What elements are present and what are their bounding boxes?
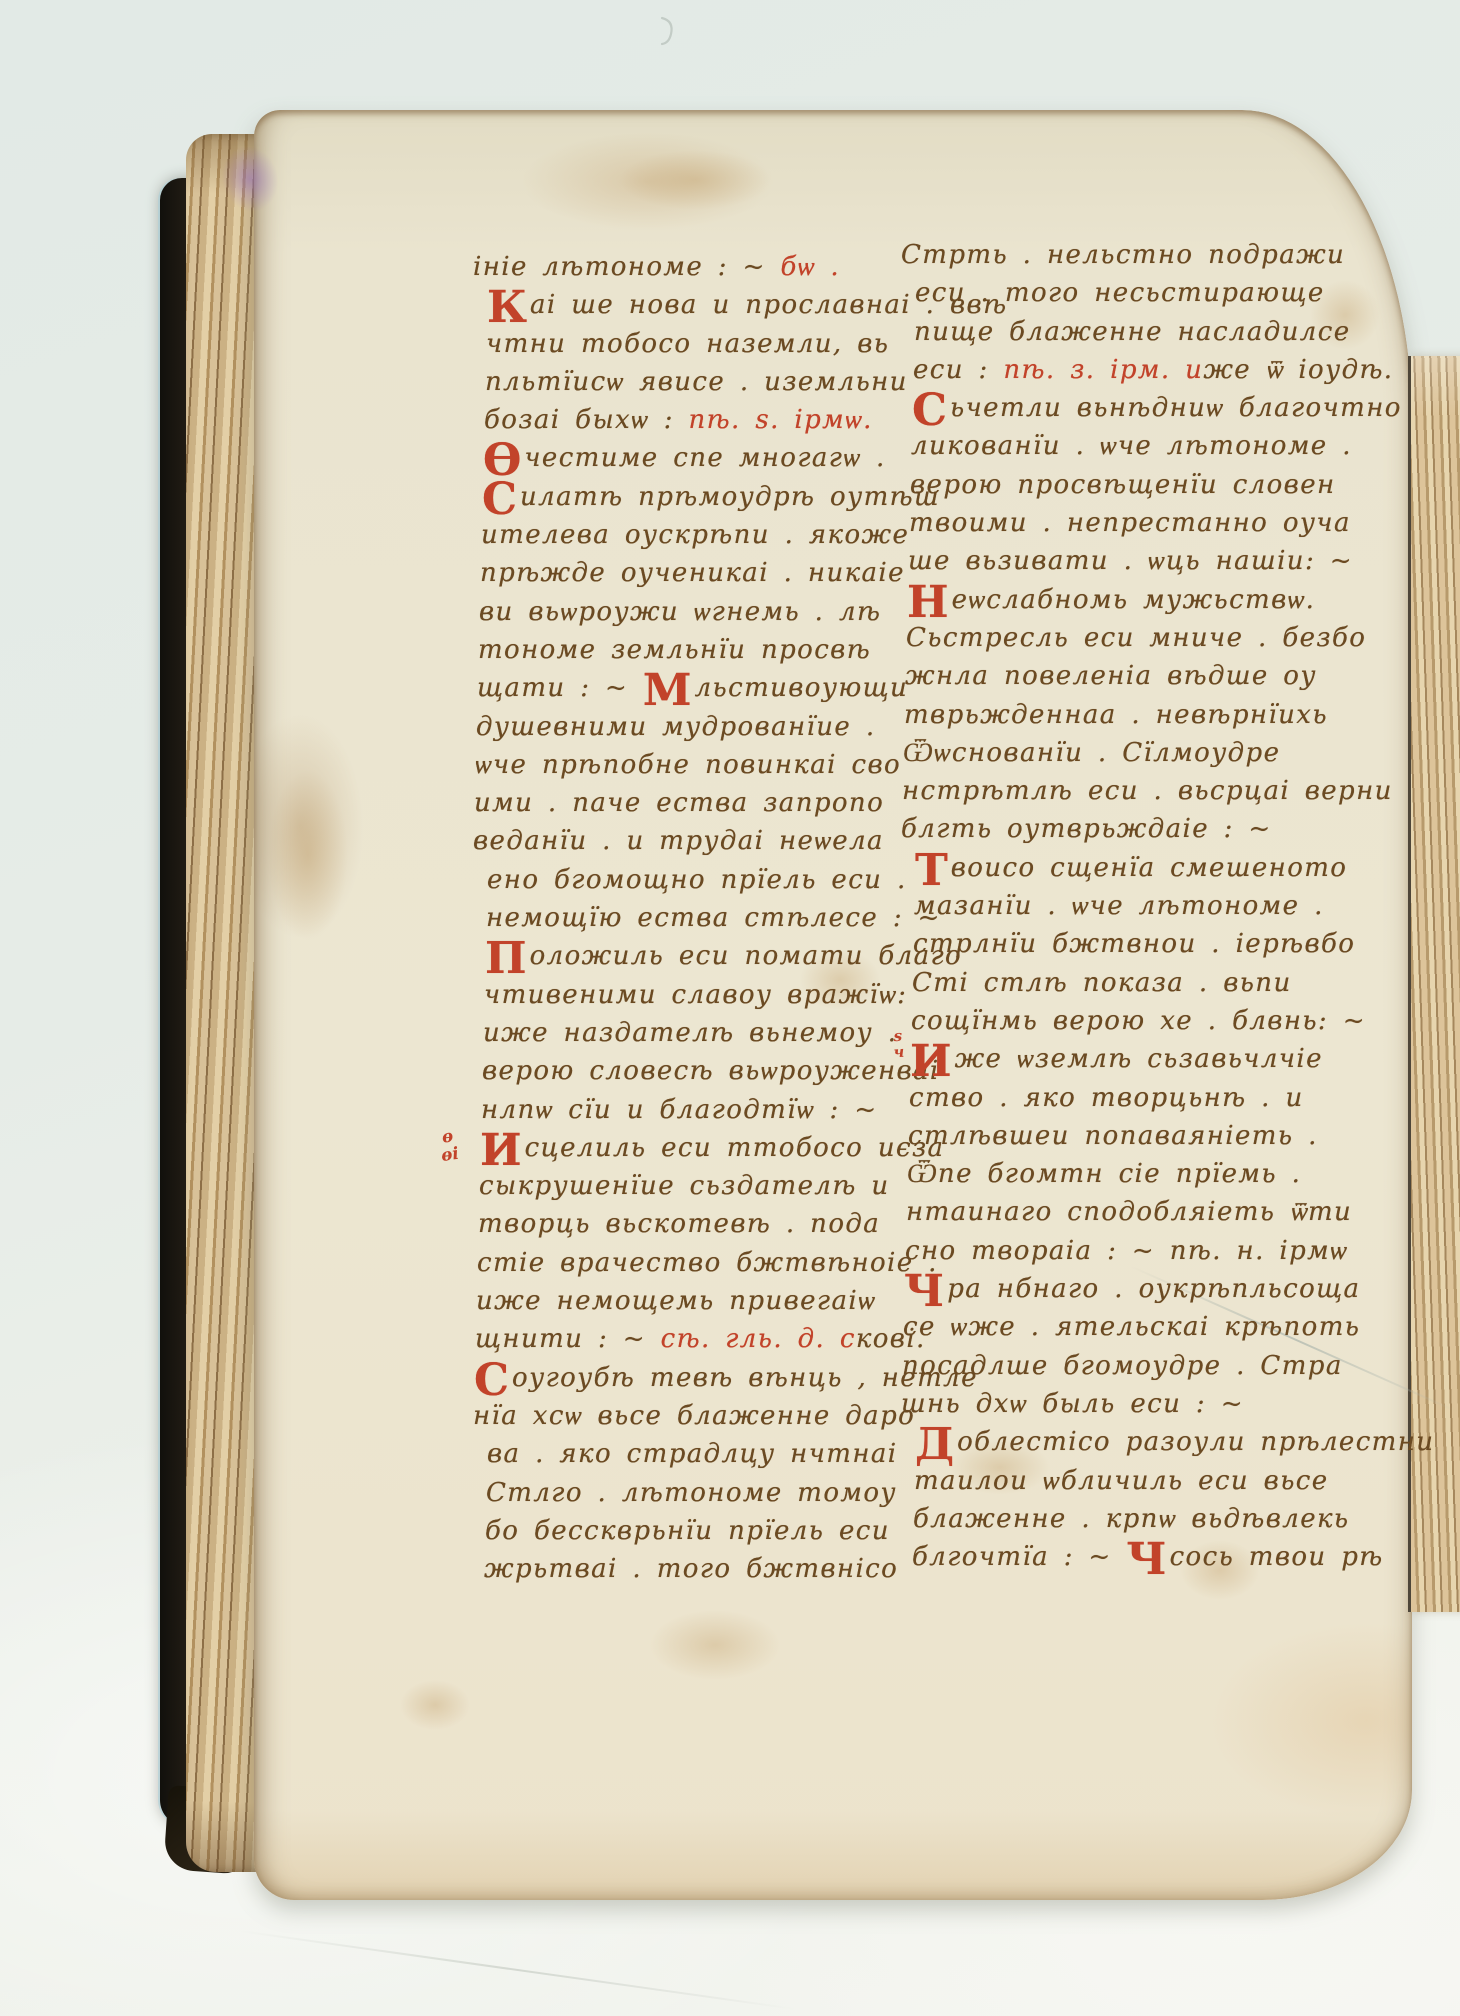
- ink-text: немощїю ества стѣлесе : ~: [486, 903, 941, 933]
- manuscript-line: Соугоубѣ тевѣ вѣнць , нетле: [474, 1359, 926, 1397]
- ink-text: ими . паче ества запропо: [474, 788, 884, 818]
- manuscript-line: Ѿѡснованїи . Сїлмоудре: [903, 734, 1355, 772]
- manuscript-line: мазанїи . ѡче лѣтономе .: [914, 887, 1366, 925]
- manuscript-line: Стлго . лѣтономе томоу: [486, 1474, 938, 1512]
- marginal-text: ѳі: [440, 1145, 460, 1165]
- manuscript-line: Сті стлѣ показа . вьпи: [912, 964, 1364, 1002]
- ink-text: верою словесѣ вьѡроуженваі: [482, 1056, 940, 1086]
- ink-text: сно твораіа : ~ пѣ. н. ірмѡ: [905, 1236, 1348, 1266]
- ink-text: ликованїи . ѡче лѣтономе .: [911, 431, 1352, 461]
- ink-text: творць вьскотевѣ . пода: [478, 1209, 880, 1239]
- text-column-right: Стрть . нельстно подражиеси . того несьс…: [908, 236, 1360, 1576]
- ink-text: сощїнмь верою хе . блвнь: ~: [911, 1006, 1366, 1036]
- manuscript-line: блгть оутврьждаіе : ~: [901, 810, 1353, 848]
- manuscript-line: душевними мудрованїие .: [476, 708, 928, 746]
- ink-text: ено бгомощно прїель еси .: [487, 865, 907, 895]
- manuscript-line: жнла повеленіа вѣдше оу: [905, 657, 1357, 695]
- manuscript-line: блаженне . крпѡ вьдѣвлекь: [913, 1500, 1365, 1538]
- manuscript-line: стлѣвшеи попаваяніеть .: [908, 1117, 1360, 1155]
- ink-text: бозаі быхѡ :: [484, 405, 689, 435]
- manuscript-line: еси . того несьстирающе: [915, 274, 1367, 312]
- ink-text: чтни тобосо наземли, вь: [486, 329, 889, 359]
- manuscript-line: Ѳчестиме спе многагѡ .: [483, 439, 935, 477]
- ink-text: посадлше бгомоудре . Стра: [902, 1351, 1343, 1381]
- manuscript-line: верою словесѣ вьѡроуженваі: [482, 1052, 934, 1090]
- manuscript-line: иже наздателѣ вьнемоу .: [483, 1014, 935, 1052]
- ink-text: иже немощемь привегаіѡ: [476, 1286, 876, 1316]
- rubric-text: пѣ. з. ірм. и: [1003, 355, 1203, 385]
- ink-text: таилои ѡбличиль еси вьсе: [914, 1466, 1329, 1496]
- ink-text: тврьжденнаа . невѣрнїихь: [904, 700, 1328, 730]
- manuscript-line: блгочтїа : ~ Чсось твои рѣ: [912, 1538, 1364, 1576]
- ink-text: Сьстресль еси мниче . безбо: [906, 623, 1366, 653]
- ink-text: жрьтваі . того бжтвнісо: [484, 1554, 898, 1584]
- ink-text: еѡслабномь мужьствѡ.: [952, 585, 1316, 615]
- ink-text: честиме спе многагѡ .: [524, 443, 885, 473]
- ink-text: щати : ~: [477, 673, 643, 703]
- ink-text: оложиль еси помати благо: [530, 941, 963, 971]
- ink-text: верою просвѣщенїи словен: [910, 470, 1336, 500]
- ink-text: Ѿпе бгомтн сіе прїемь .: [907, 1159, 1301, 1189]
- manuscript-line: чтивеними славоу вражїѡ:: [484, 976, 936, 1014]
- ink-text: стіе врачество бжтвѣноіе .: [477, 1248, 938, 1278]
- ink-text: нтаинаго сподобляіеть ѿти: [906, 1197, 1352, 1227]
- manuscript-line: Силатѣ прѣмоудрѣ оутѣш: [482, 478, 934, 516]
- manuscript-line: прѣжде оученикаі . никаіе: [480, 554, 932, 592]
- manuscript-line: творць вьскотевѣ . пода: [478, 1205, 930, 1243]
- ink-text: твоими . непрестанно оуча: [909, 508, 1351, 538]
- ink-text: жнла повеленіа вѣдше оу: [905, 661, 1317, 691]
- manuscript-line: Доблестісо разоули прѣлестни: [915, 1423, 1367, 1461]
- ink-text: стлѣвшеи попаваяніеть .: [908, 1121, 1318, 1151]
- manuscript-line: бозаі быхѡ : пѣ. ѕ. ірмѡ.: [484, 401, 936, 439]
- ink-text: еси :: [913, 355, 1003, 385]
- manuscript-line: щнити : ~ сѣ. гль. д. скові.: [475, 1320, 927, 1358]
- manuscript-line: нстрѣтлѣ еси . вьсрцаі верни: [902, 772, 1354, 810]
- ink-text: Стрть . нельстно подражи: [901, 240, 1345, 270]
- ink-text: еси . того несьстирающе: [915, 278, 1325, 308]
- text-column-left: ініе лѣтономе : ~ бѡ .Каі ше нова и прос…: [480, 248, 932, 1588]
- ink-text: сыкрушенїие сьздателѣ и: [479, 1171, 889, 1201]
- ink-text: стрлнїи бжтвнои . іерѣвбо: [913, 929, 1355, 959]
- ink-text: ва . яко страдлцу нчтнаі: [487, 1439, 897, 1469]
- manuscript-line: тврьжденнаа . невѣрнїихь: [904, 696, 1356, 734]
- manuscript-line: шнь дхѡ быль еси : ~: [901, 1385, 1353, 1423]
- gutter-section-mark: ѕч: [892, 1028, 905, 1061]
- manuscript-line: Твоисо сщенїа смешеното: [915, 849, 1367, 887]
- manuscript-line: ими . паче ества запропо: [474, 784, 926, 822]
- manuscript-line: нтаинаго сподобляіеть ѿти: [906, 1193, 1358, 1231]
- ink-text: иже наздателѣ вьнемоу .: [483, 1018, 897, 1048]
- ink-text: се ѡже . ятельскаі крѣпоть: [903, 1312, 1360, 1342]
- ink-text: ра нбнаго . оукрѣпльсоща: [947, 1274, 1360, 1304]
- rubric-text: пѣ. ѕ. ірмѡ.: [689, 405, 873, 435]
- manuscript-line: нлпѡ сїи и благодтїѡ : ~: [481, 1091, 933, 1129]
- manuscript-line: ше вьзивати . ѡць нашіи: ~: [908, 542, 1360, 580]
- ink-text: тономе земльнїи просвѣ: [478, 635, 871, 665]
- manuscript-line: ство . яко творцьнѣ . и: [909, 1079, 1361, 1117]
- ink-text: илатѣ прѣмоудрѣ оутѣш: [520, 482, 940, 512]
- manuscript-line: щати : ~ Мльстивоующи: [477, 669, 929, 707]
- table-crease-line: [240, 1930, 795, 2010]
- manuscript-line: нїа хсѡ вьсе блаженне даро: [473, 1397, 925, 1435]
- manuscript-line: стіе врачество бжтвѣноіе .: [477, 1244, 929, 1282]
- ink-text: блгть оутврьждаіе : ~: [901, 814, 1272, 844]
- ink-text: щнити : ~: [475, 1324, 661, 1354]
- manuscript-line: верою просвѣщенїи словен: [910, 466, 1362, 504]
- ink-text: душевними мудрованїие .: [476, 712, 876, 742]
- manuscript-line: ініе лѣтономе : ~ бѡ .: [473, 248, 925, 286]
- ink-text: Ѿѡснованїи . Сїлмоудре: [903, 738, 1280, 768]
- ink-text: Сті стлѣ показа . вьпи: [912, 968, 1292, 998]
- manuscript-line: Сьстресль еси мниче . безбо: [906, 619, 1358, 657]
- ink-text: ви вьѡроужи ѡгнемь . лѣ: [479, 597, 881, 627]
- manuscript-line: Чра нбнаго . оукрѣпльсоща: [904, 1270, 1356, 1308]
- rubric-text: сѣ. гль. д. с: [661, 1324, 856, 1354]
- ink-text: бо бесскврьнїи прїель еси: [485, 1516, 890, 1546]
- manuscript-line: Положиль еси помати благо: [485, 937, 937, 975]
- manuscript-line: ено бгомощно прїель еси .: [487, 861, 939, 899]
- manuscript-line: се ѡже . ятельскаі крѣпоть: [903, 1308, 1355, 1346]
- rubric-text: бѡ .: [780, 252, 840, 282]
- manuscript-line: чтни тобосо наземли, вь: [486, 325, 938, 363]
- ink-text: Стлго . лѣтономе томоу: [486, 1478, 897, 1508]
- ink-text: облестісо разоули прѣлестни: [957, 1427, 1434, 1457]
- rubric-text: Ч: [1126, 1534, 1166, 1585]
- ink-text: льстивоующи: [695, 673, 909, 703]
- manuscript-line: ликованїи . ѡче лѣтономе .: [911, 427, 1363, 465]
- manuscript-line: твоими . непрестанно оуча: [909, 504, 1361, 542]
- ink-text: пище блаженне насладилсе: [914, 317, 1351, 347]
- ink-text: нїа хсѡ вьсе блаженне даро: [473, 1401, 915, 1431]
- marginal-text: ч: [893, 1044, 905, 1061]
- manuscript-line: Иже ѡземлѣ сьзавьчлчіе: [910, 1040, 1362, 1078]
- ink-text: чтивеними славоу вражїѡ:: [484, 980, 907, 1010]
- ink-text: нлпѡ сїи и благодтїѡ : ~: [481, 1095, 878, 1125]
- manuscript-line: стрлнїи бжтвнои . іерѣвбо: [913, 925, 1365, 963]
- manuscript-line: веданїи . и трудаі неѡела: [473, 822, 925, 860]
- manuscript-line: Неѡслабномь мужьствѡ.: [907, 581, 1359, 619]
- ink-text: блаженне . крпѡ вьдѣвлекь: [913, 1504, 1349, 1534]
- manuscript-line: Стрть . нельстно подражи: [901, 236, 1353, 274]
- ink-text: нстрѣтлѣ еси . вьсрцаі верни: [902, 776, 1393, 806]
- manuscript-line: сыкрушенїие сьздателѣ и: [479, 1167, 931, 1205]
- ink-text: ініе лѣтономе : ~: [473, 252, 780, 282]
- manuscript-line: пище блаженне насладилсе: [914, 313, 1366, 351]
- manuscript-line: таилои ѡбличиль еси вьсе: [914, 1462, 1366, 1500]
- manuscript-line: иже немощемь привегаіѡ: [476, 1282, 928, 1320]
- ink-text: веданїи . и трудаі неѡела: [473, 826, 884, 856]
- manuscript-line: сощїнмь верою хе . блвнь: ~: [911, 1002, 1363, 1040]
- ink-text: ѡче прѣпобне повинкаі сво: [475, 750, 901, 780]
- ink-text: ство . яко творцьнѣ . и: [909, 1083, 1304, 1113]
- ink-text: ше вьзивати . ѡць нашіи: ~: [908, 546, 1353, 576]
- manuscript-line: ѡче прѣпобне повинкаі сво: [475, 746, 927, 784]
- ink-text: воисо сщенїа смешеното: [951, 853, 1348, 883]
- manuscript-photo: ініе лѣтономе : ~ бѡ .Каі ше нова и прос…: [0, 0, 1460, 2016]
- ink-text: ителева оускрѣпи . якоже: [481, 520, 909, 550]
- ink-text: пльтїисѡ явисе . иземльни: [485, 367, 908, 397]
- manuscript-line: немощїю ества стѣлесе : ~: [486, 899, 938, 937]
- ink-text: ьчетли вьнѣдниѡ благочтно: [950, 393, 1402, 423]
- manuscript-line: ителева оускрѣпи . якоже: [481, 516, 933, 554]
- ink-text: мазанїи . ѡче лѣтономе .: [914, 891, 1324, 921]
- manuscript-line: бо бесскврьнїи прїель еси: [485, 1512, 937, 1550]
- manuscript-line: Исцелиль еси ттобосо иєза: [480, 1129, 932, 1167]
- ink-text: же ѡземлѣ сьзавьчлчіе: [955, 1044, 1323, 1074]
- manuscript-line: Сьчетли вьнѣдниѡ благочтно: [912, 389, 1364, 427]
- manuscript-line: ва . яко страдлцу нчтнаі: [487, 1435, 939, 1473]
- ink-text: сцелиль еси ттобосо иєза: [525, 1133, 945, 1163]
- manuscript-line: Каі ше нова и прославнаі . ввѣ: [487, 286, 939, 324]
- manuscript-line: ви вьѡроужи ѡгнемь . лѣ: [479, 593, 931, 631]
- manuscript-line: Ѿпе бгомтн сіе прїемь .: [907, 1155, 1359, 1193]
- manuscript-line: пльтїисѡ явисе . иземльни: [485, 363, 937, 401]
- ink-text: же ѿ іоудѣ.: [1203, 355, 1393, 385]
- ink-text: сось твои рѣ: [1170, 1542, 1384, 1572]
- ink-text: прѣжде оученикаі . никаіе: [480, 558, 905, 588]
- ink-text: шнь дхѡ быль еси : ~: [901, 1389, 1244, 1419]
- dust-hair: [658, 16, 678, 46]
- manuscript-line: еси : пѣ. з. ірм. иже ѿ іоудѣ.: [913, 351, 1365, 389]
- ink-text: блгочтїа : ~: [912, 1542, 1126, 1572]
- manuscript-line: сно твораіа : ~ пѣ. н. ірмѡ: [905, 1232, 1357, 1270]
- manuscript-line: жрьтваі . того бжтвнісо: [484, 1550, 936, 1588]
- manuscript-line: тономе земльнїи просвѣ: [478, 631, 930, 669]
- manuscript-line: посадлше бгомоудре . Стра: [902, 1347, 1354, 1385]
- fore-edge-page-stack: [1408, 356, 1460, 1612]
